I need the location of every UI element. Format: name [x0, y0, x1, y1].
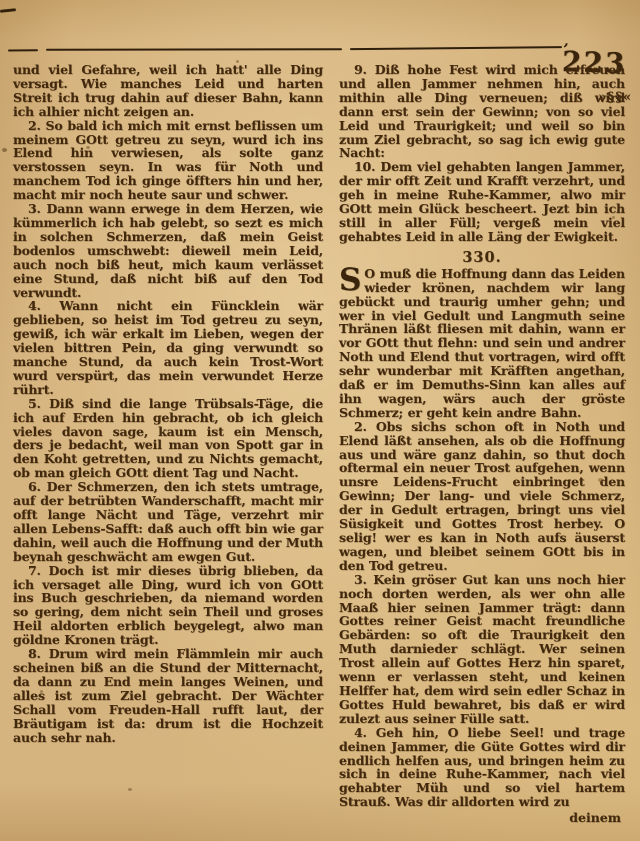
paper-speckle [612, 216, 615, 219]
verse-8: 8. Drum wird mein Flämmlein mir auch sch… [13, 647, 323, 744]
paper-speckle [128, 788, 132, 791]
verse-continuation: und viel Gefahre, weil ich hatt' alle Di… [13, 63, 323, 119]
verse-7: 7. Doch ist mir dieses übrig blieben, da… [13, 564, 323, 647]
catchword: deinem [339, 810, 621, 825]
rule-segment [8, 49, 38, 52]
drop-cap-initial: S [339, 267, 364, 293]
hymn-number-heading: 330. [339, 249, 625, 266]
paper-speckle [236, 60, 239, 63]
stray-ink-mark [0, 8, 16, 13]
paper-speckle [2, 148, 7, 152]
left-column: und viel Gefahre, weil ich hatt' alle Di… [13, 63, 323, 825]
right-column: 9. Diß hohe Fest wird mich erfreuen und … [339, 63, 625, 825]
hymn-verse-2: 2. Obs sichs schon oft in Noth und Elend… [339, 420, 625, 573]
hymn-verse-4: 4. Geh hin, O liebe Seel! und trage dein… [339, 726, 625, 809]
paper-speckle [420, 800, 423, 804]
book-page: ʼ 223 »§§« und viel Gefahre, weil ich ha… [0, 0, 640, 841]
header-rule [8, 47, 564, 52]
hymn-verse-3: 3. Kein gröser Gut kan uns noch hier noc… [339, 573, 625, 726]
verse-6: 6. Der Schmerzen, den ich stets umtrage,… [13, 480, 323, 563]
hymn-first-verse: SO muß die Hoffnung dann das Leiden wied… [339, 267, 625, 420]
hymn-first-verse-text: O muß die Hoffnung dann das Leiden wiede… [339, 266, 625, 420]
text-columns: und viel Gefahre, weil ich hatt' alle Di… [13, 63, 625, 825]
paper-speckle [598, 478, 603, 482]
verse-3: 3. Dann wann erwege in dem Herzen, wie k… [13, 202, 323, 299]
verse-5: 5. Diß sind die lange Trübsals-Täge, die… [13, 397, 323, 480]
verse-10: 10. Dem viel gehabten langen Jammer, der… [339, 160, 625, 243]
paper-speckle [40, 690, 43, 693]
verse-9: 9. Diß hohe Fest wird mich erfreuen und … [339, 63, 625, 160]
rule-segment [350, 46, 562, 50]
paper-speckle [560, 770, 564, 773]
rule-segment [46, 48, 342, 51]
paper-speckle [300, 712, 303, 715]
paper-speckle [86, 146, 90, 149]
verse-4: 4. Wann nicht ein Füncklein wär gebliebe… [13, 299, 323, 396]
verse-2: 2. So bald ich mich mit ernst beflissen … [13, 119, 323, 202]
